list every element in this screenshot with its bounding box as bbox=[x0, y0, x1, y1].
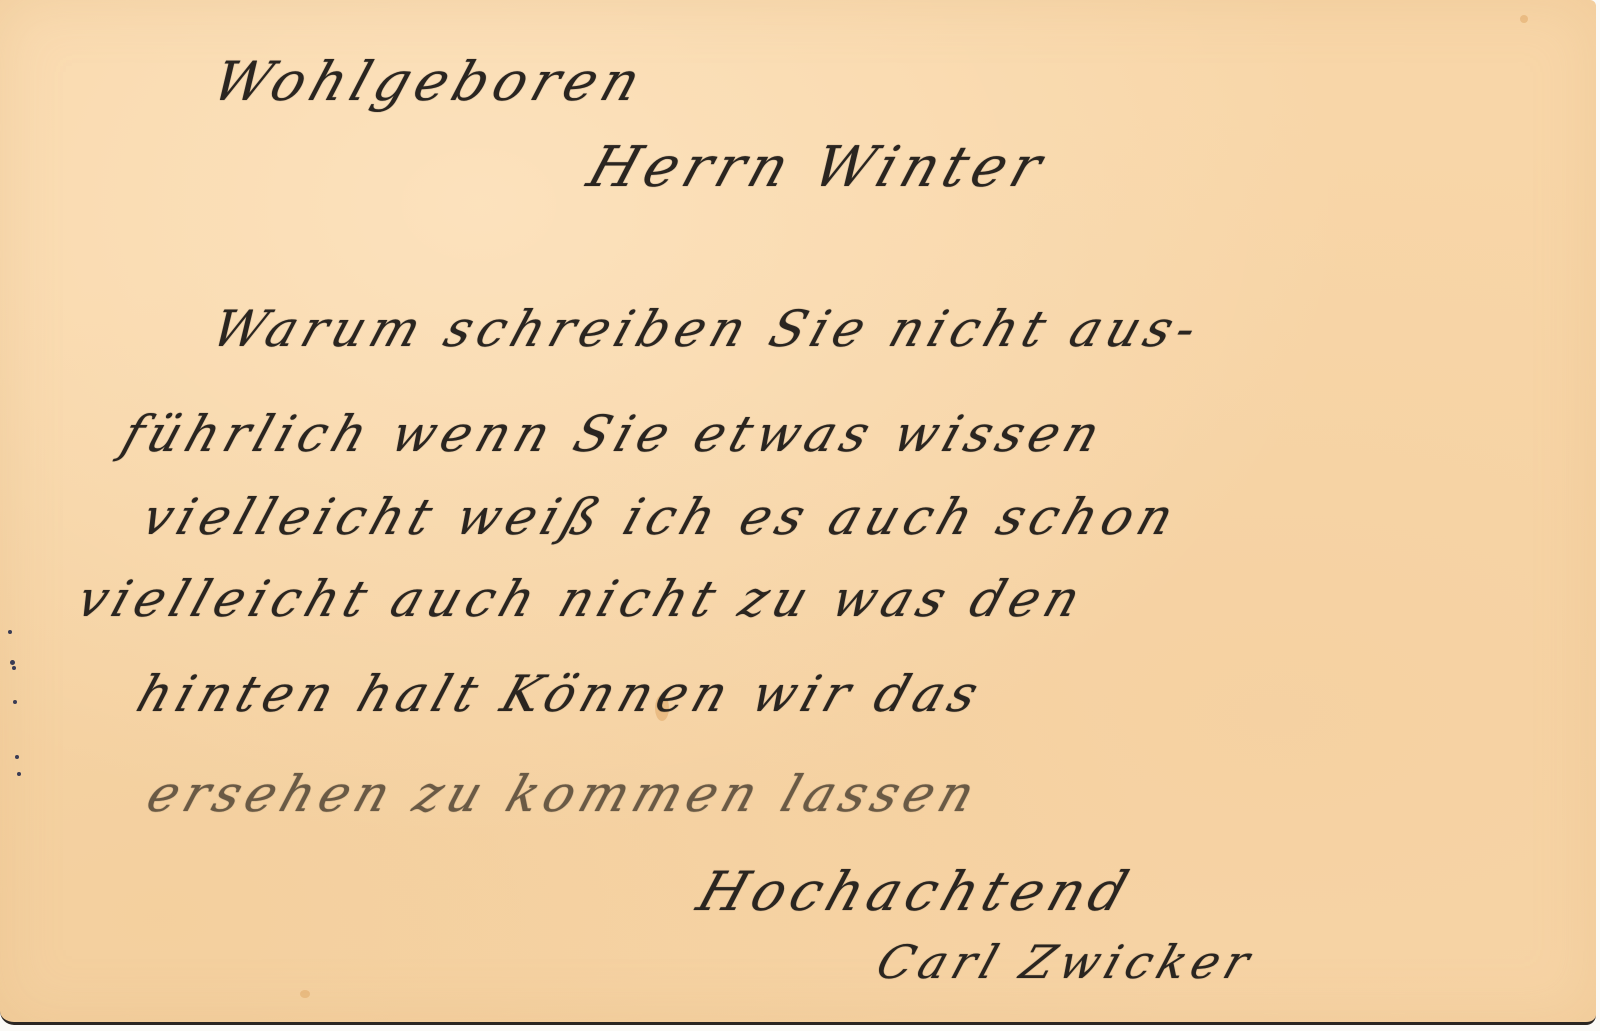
addressee: Herrn Winter bbox=[580, 135, 1055, 200]
body-line-2: führlich wenn Sie etwas wissen bbox=[115, 405, 1113, 463]
closing: Hochachtend bbox=[690, 860, 1141, 923]
salutation: Wohlgeboren bbox=[205, 50, 654, 113]
signature: Carl Zwicker bbox=[870, 935, 1262, 989]
margin-ink-dots bbox=[6, 600, 20, 780]
body-line-1: Warum schreiben Sie nicht aus- bbox=[205, 300, 1210, 358]
paper-stain bbox=[300, 990, 310, 998]
body-line-6: ersehen zu kommen lassen bbox=[140, 765, 988, 823]
paper-stain bbox=[1520, 15, 1528, 23]
body-line-5: hinten halt Können wir das bbox=[130, 665, 991, 723]
body-line-4: vielleicht auch nicht zu was den bbox=[70, 570, 1093, 628]
body-line-3: vielleicht weiß ich es auch schon bbox=[135, 488, 1187, 546]
postcard: Wohlgeboren Herrn Winter Warum schreiben… bbox=[0, 0, 1596, 1025]
